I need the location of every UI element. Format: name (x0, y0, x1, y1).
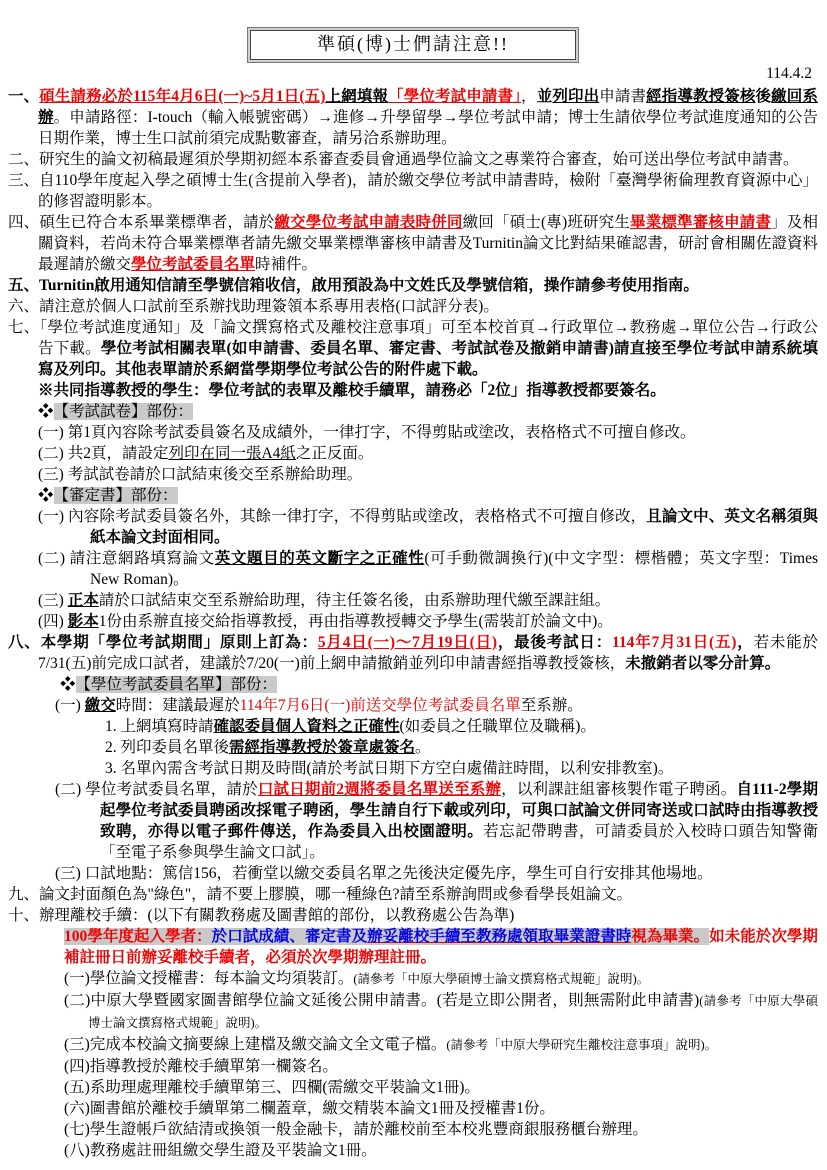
text-run: (請參考「中原大學研究生離校注意事項」說明)。 (446, 1038, 717, 1052)
text-run: 【考試試卷】部份： (54, 403, 194, 420)
text-run: 114年7月6日(一)前送交學位考試委員名單 (240, 697, 521, 714)
text-run: (二)中原大學暨國家圖書館學位論文延後公開申請書。(若是立即公開者，則無需附此申… (64, 992, 699, 1009)
text-run: (三) 口試地點：篤信156，若衝堂以繳交委員名單之先後決定優先序，學生可自行安… (55, 865, 712, 882)
text-run: ， (736, 634, 753, 651)
paragraph-13: ❖【審定書】部份： (8, 485, 818, 506)
text-run: 並 (537, 88, 553, 105)
paragraph-27: 十、辦理離校手續：(以下有關教務處及圖書館的部份，以教務處公告為準) (8, 905, 818, 926)
paragraph-14: (一) 內容除考試委員簽名外，其餘一律打字，不得剪貼或塗改，表格格式不可擅自修改… (8, 506, 818, 548)
paragraph-12: (三) 考試試卷請於口試結束後交至系辦給助理。 (8, 464, 818, 485)
text-run: 列印出 (552, 88, 599, 105)
text-run: (二) 請注意網路填寫論文 (38, 550, 215, 567)
text-run: 辦妥離校手續至教務處領取畢業證書時 (367, 928, 631, 945)
text-run: 英文題目的英文斷字之正確性 (215, 550, 425, 567)
text-run: 確認委員個人資料之正確性 (214, 718, 400, 735)
paragraph-35: (七)學生證帳戶欲結清或換領一般金融卡，請於離校前至本校兆豐商銀服務櫃台辦理。 (8, 1119, 818, 1140)
text-run: 畢業標準審核申請書 (630, 214, 771, 231)
paragraph-29: (一)學位論文授權書：每本論文均須裝訂。(請參考「中原大學碩博士論文撰寫格式規範… (8, 968, 818, 990)
page-title: 準碩(博)士們請注意!! (250, 30, 576, 60)
title-row: 準碩(博)士們請注意!! (8, 30, 818, 60)
paragraph-24: (二) 學位考試委員名單，請於口試日期前2週將委員名單送至系辦，以利課註組審核製… (8, 779, 818, 863)
text-run: 申請書 (599, 88, 646, 105)
text-run: 一、 (8, 88, 39, 105)
text-run: 1. 上網填寫時請 (105, 718, 214, 735)
text-run: 四、碩生已符合本系畢業標準者，請於 (8, 214, 274, 231)
text-run: 繳交 (85, 697, 116, 714)
paragraph-22: 2. 列印委員名單後需經指導教授於簽章處簽名。 (8, 737, 818, 758)
text-run: 【審定書】部份： (54, 487, 178, 504)
text-run: 九、論文封面顏色為"綠色"，請不要上膠膜，哪一種綠色?請至系辦詢問或參看學長姐論… (8, 886, 632, 903)
text-run: 「學位考試申請書」 (388, 88, 521, 105)
text-run: 八、本學期「學位考試期間」原則上訂為： (8, 634, 318, 651)
text-run: ❖ (38, 403, 54, 420)
text-run: 【學位考試委員名單】部份： (76, 676, 278, 693)
paragraph-8: ※共同指導教授的學生：學位考試的表單及離校手續單，請務必「2位」指導教授都要簽名… (8, 380, 818, 401)
paragraph-3: 三、自110學年度起入學之碩博士生(含提前入學者)，請於繳交學位考試申請書時，檢… (8, 170, 818, 212)
paragraph-30: (二)中原大學暨國家圖書館學位論文延後公開申請書。(若是立即公開者，則無需附此申… (8, 990, 818, 1034)
paragraph-21: 1. 上網填寫時請確認委員個人資料之正確性(如委員之任職單位及職稱)。 (8, 716, 818, 737)
text-run: 至系辦。 (521, 697, 583, 714)
paragraph-2: 二、研究生的論文初稿最遲須於學期初經本系審查委員會通過學位論文之專業符合審查，始… (8, 149, 818, 170)
text-run: (如委員之任職單位及職稱)。 (400, 718, 596, 735)
paragraph-15: (二) 請注意網路填寫論文英文題目的英文斷字之正確性(可手動微調換行)(中文字型… (8, 548, 818, 590)
text-run: ，以利課註組審核製作電子聘函。 (501, 781, 736, 798)
text-run: ， (521, 88, 537, 105)
text-run: 經指導教授簽核 (646, 88, 755, 105)
paragraph-25: (三) 口試地點：篤信156，若衝堂以繳交委員名單之先後決定優先序，學生可自行安… (8, 863, 818, 884)
notice-page: 準碩(博)士們請注意!! 114.4.2 一、碩生請務必於115年4月6日(一)… (0, 0, 827, 1170)
text-run: 於口試成績、審定書及 (212, 928, 367, 945)
text-run: 十、辦理離校手續：(以下有關教務處及圖書館的部份，以教務處公告為準) (8, 907, 514, 924)
text-run: 二、研究生的論文初稿最遲須於學期初經本系審查委員會通過學位論文之專業符合審查，始… (8, 151, 799, 168)
text-run: (三)完成本校論文摘要線上建檔及繳交論文全文電子檔。 (64, 1036, 446, 1053)
text-run: ※共同指導教授的學生：學位考試的表單及離校手續單，請務必「2位」指導教授都要簽名… (38, 382, 666, 399)
text-run: 。申請路徑：I-touch（輸入帳號密碼）→進修→升學留學→學位考試申請；博士生… (38, 109, 818, 147)
text-run: 正本 (68, 592, 99, 609)
text-run: 。 (415, 739, 431, 756)
text-run: (五)系助理處理離校手續單第三、四欄(需繳交平裝論文1冊)。 (64, 1079, 480, 1096)
text-run: 學位考試委員名單 (131, 256, 255, 273)
text-run: 未撤銷者以零分計算。 (625, 655, 780, 672)
paragraph-17: (四) 影本1份由系辦直接交給指導教授，再由指導教授轉交予學生(需裝訂於論文中)… (8, 611, 818, 632)
text-run: (七)學生證帳戶欲結清或換領一般金融卡，請於離校前至本校兆豐商銀服務櫃台辦理。 (64, 1121, 648, 1138)
text-run: 。 (694, 928, 710, 945)
paragraph-6: 六、請注意於個人口試前至系辦找助理簽領本系專用表格(口試評分表)。 (8, 296, 818, 317)
paragraph-20: (一) 繳交時間：建議最遲於114年7月6日(一)前送交學位考試委員名單至系辦。 (8, 695, 818, 716)
paragraph-36: (八)教務處註冊組繳交學生證及平裝論文1冊。 (8, 1140, 818, 1161)
document-body: 一、碩生請務必於115年4月6日(一)~5月1日(五)上網填報「學位考試申請書」… (8, 86, 818, 1161)
text-run: 需經指導教授於簽章處簽名 (229, 739, 415, 756)
paragraph-18: 八、本學期「學位考試期間」原則上訂為：5月4日(一)～7月19日(日)，最後考試… (8, 632, 818, 674)
text-run: 學位考試相關表單(如申請書、委員名單、審定書、考試試卷及撤銷申請書)請直接至學位… (38, 340, 818, 378)
text-run: 1份由系辦直接交給指導教授，再由指導教授轉交予學生(需裝訂於論文中)。 (99, 613, 613, 630)
paragraph-32: (四)指導教授於離校手續單第一欄簽名。 (8, 1056, 818, 1077)
paragraph-23: 3. 名單內需含考試日期及時間(請於考試日期下方空白處備註時間，以利安排教室)。 (8, 758, 818, 779)
text-run: (三) (38, 592, 68, 609)
paragraph-4: 四、碩生已符合本系畢業標準者，請於繳交學位考試申請表時併同繳回「碩士(專)班研究… (8, 212, 818, 275)
text-run: 碩生請務必於115年4月6日(一)~5月1日(五) (39, 88, 325, 105)
text-run: (請參考「中原大學碩博士論文撰寫格式規範」說明)。 (353, 972, 649, 986)
text-run: (一) 第1頁內容除考試委員簽名及成績外，一律打字，不得剪貼或塗改，表格格式不可… (38, 424, 695, 441)
text-run: 100學年度起入學者： (64, 928, 212, 945)
text-run: 之正反面。 (296, 445, 374, 462)
text-run: 列印在同一張A4紙 (168, 445, 295, 462)
text-run: 5月4日(一)～7月19日(日) (318, 634, 497, 651)
text-run: (一) 內容除考試委員簽名外，其餘一律打字，不得剪貼或塗改，表格格式不可擅自修改… (38, 508, 646, 525)
paragraph-26: 九、論文封面顏色為"綠色"，請不要上膠膜，哪一種綠色?請至系辦詢問或參看學長姐論… (8, 884, 818, 905)
text-run: 影本 (68, 613, 99, 630)
paragraph-16: (三) 正本請於口試結束交至系辦給助理，待主任簽名後，由系辦助理代繳至課註組。 (8, 590, 818, 611)
paragraph-31: (三)完成本校論文摘要線上建檔及繳交論文全文電子檔。(請參考「中原大學研究生離校… (8, 1034, 818, 1056)
text-run: (六)圖書館於離校手續單第二欄蓋章，繳交精裝本論文1冊及授權書1份。 (64, 1100, 555, 1117)
text-run: 繳回「碩士(專)班研究生 (463, 214, 630, 231)
paragraph-28: 100學年度起入學者：於口試成績、審定書及辦妥離校手續至教務處領取畢業證書時視為… (8, 926, 818, 968)
text-run: 2. 列印委員名單後 (105, 739, 229, 756)
text-run: (二) 學位考試委員名單，請於 (55, 781, 258, 798)
paragraph-19: ❖【學位考試委員名單】部份： (8, 674, 818, 695)
text-run: (一)學位論文授權書：每本論文均須裝訂。 (64, 970, 353, 987)
text-run: 時補件。 (255, 256, 317, 273)
text-run: (八)教務處註冊組繳交學生證及平裝論文1冊。 (64, 1142, 377, 1159)
text-run: 繳交學位考試申請表時併同 (274, 214, 462, 231)
paragraph-1: 一、碩生請務必於115年4月6日(一)~5月1日(五)上網填報「學位考試申請書」… (8, 86, 818, 149)
paragraph-33: (五)系助理處理離校手續單第三、四欄(需繳交平裝論文1冊)。 (8, 1077, 818, 1098)
text-run: (一) (55, 697, 85, 714)
text-run: 114年7月31日(五) (612, 634, 736, 651)
text-run: 口試日期前2週將委員名單送至系辦 (258, 781, 501, 798)
paragraph-5: 五、Turnitin啟用通知信請至學號信箱收信，啟用預設為中文姓氏及學號信箱，操… (8, 275, 818, 296)
paragraph-9: ❖【考試試卷】部份： (8, 401, 818, 422)
text-run: (四)指導教授於離校手續單第一欄簽名。 (64, 1058, 338, 1075)
text-run: 請於口試結束交至系辦給助理，待主任簽名後，由系辦助理代繳至課註組。 (99, 592, 611, 609)
paragraph-7: 七、「學位考試進度通知」及「論文撰寫格式及離校注意事項」可至本校首頁→行政單位→… (8, 317, 818, 380)
text-run: 六、請注意於個人口試前至系辦找助理簽領本系專用表格(口試評分表)。 (8, 298, 499, 315)
text-run: ❖ (60, 676, 76, 693)
text-run: (四) (38, 613, 68, 630)
text-run: 時間：建議最遲於 (116, 697, 240, 714)
text-run: (二) 共2頁，請設定 (38, 445, 168, 462)
paragraph-11: (二) 共2頁，請設定列印在同一張A4紙之正反面。 (8, 443, 818, 464)
text-run: 視為畢業 (631, 928, 693, 945)
paragraph-34: (六)圖書館於離校手續單第二欄蓋章，繳交精裝本論文1冊及授權書1份。 (8, 1098, 818, 1119)
text-run: 三、自110學年度起入學之碩博士生(含提前入學者)，請於繳交學位考試申請書時，檢… (8, 172, 818, 210)
text-run: 3. 名單內需含考試日期及時間(請於考試日期下方空白處備註時間，以利安排教室)。 (105, 760, 673, 777)
paragraph-10: (一) 第1頁內容除考試委員簽名及成績外，一律打字，不得剪貼或塗改，表格格式不可… (8, 422, 818, 443)
text-run: 五、Turnitin啟用通知信請至學號信箱收信，啟用預設為中文姓氏及學號信箱，操… (8, 277, 699, 294)
text-run: (三) 考試試卷請於口試結束後交至系辦給助理。 (38, 466, 362, 483)
date-label: 114.4.2 (8, 63, 818, 84)
text-run: ❖ (38, 487, 54, 504)
text-run: ，最後考試日： (497, 634, 612, 651)
text-run: 上網填報 (325, 88, 388, 105)
text-run: 後 (756, 88, 772, 105)
